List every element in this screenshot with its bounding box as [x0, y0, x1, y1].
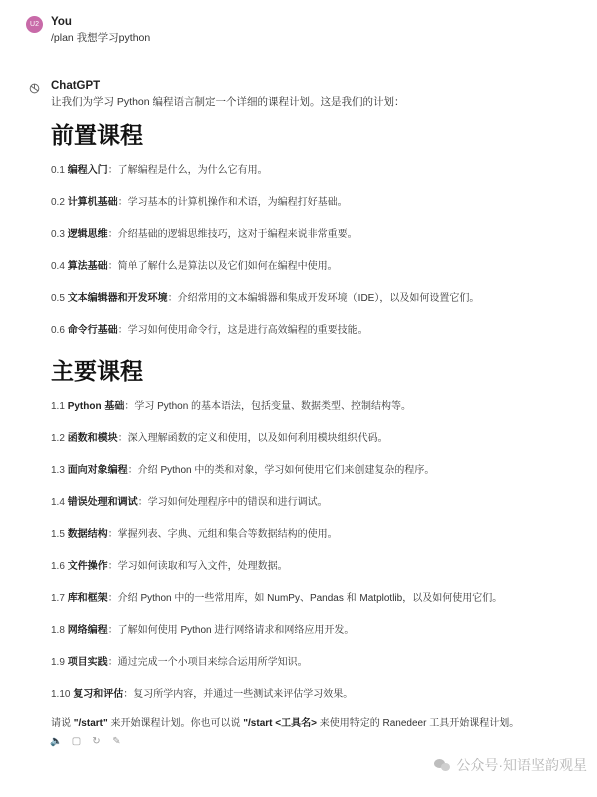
openai-logo-icon	[26, 80, 43, 97]
item-title: 文件操作	[68, 561, 108, 572]
course-item: 0.3 逻辑思维：介绍基础的逻辑思维技巧，这对于编程来说非常重要。	[51, 228, 587, 242]
item-number: 0.1	[51, 165, 65, 176]
item-number: 1.9	[51, 657, 65, 668]
item-description: ：掌握列表、字典、元组和集合等数据结构的使用。	[108, 529, 338, 540]
user-author: You	[51, 14, 587, 30]
item-number: 1.4	[51, 497, 65, 508]
user-avatar: U2	[26, 16, 43, 33]
start-command: "/start"	[74, 718, 108, 729]
assistant-intro: 让我们为学习 Python 编程语言制定一个详细的课程计划。这是我们的计划：	[51, 94, 587, 110]
item-title: Python 基础	[68, 401, 125, 412]
start-tool-command: "/start <工具名>	[243, 718, 317, 729]
item-description: ：介绍基础的逻辑思维技巧，这对于编程来说非常重要。	[108, 229, 358, 240]
section-heading: 主要课程	[51, 356, 587, 386]
course-item: 1.10 复习和评估：复习所学内容，并通过一些测试来评估学习效果。	[51, 688, 587, 702]
item-number: 1.10	[51, 689, 70, 700]
assistant-author: ChatGPT	[51, 78, 587, 94]
item-number: 1.7	[51, 593, 65, 604]
item-description: ：了解如何使用 Python 进行网络请求和网络应用开发。	[108, 625, 355, 636]
item-description: ：学习如何读取和写入文件，处理数据。	[108, 561, 288, 572]
item-description: ：学习如何使用命令行，这是进行高效编程的重要技能。	[118, 325, 368, 336]
item-description: ：介绍常用的文本编辑器和集成开发环境（IDE），以及如何设置它们。	[168, 293, 480, 304]
item-description: ：学习 Python 的基本语法，包括变量、数据类型、控制结构等。	[124, 401, 411, 412]
item-title: 项目实践	[68, 657, 108, 668]
message-actions: 🔈▢↻✎	[51, 736, 587, 747]
course-item: 0.6 命令行基础：学习如何使用命令行，这是进行高效编程的重要技能。	[51, 324, 587, 338]
item-title: 函数和模块	[68, 433, 118, 444]
course-item: 1.8 网络编程：了解如何使用 Python 进行网络请求和网络应用开发。	[51, 624, 587, 638]
course-item: 0.1 编程入门：了解编程是什么，为什么它有用。	[51, 164, 587, 178]
item-title: 计算机基础	[68, 197, 118, 208]
course-item: 1.6 文件操作：学习如何读取和写入文件，处理数据。	[51, 560, 587, 574]
course-item: 1.5 数据结构：掌握列表、字典、元组和集合等数据结构的使用。	[51, 528, 587, 542]
item-number: 0.5	[51, 293, 65, 304]
item-description: ：通过完成一个小项目来综合运用所学知识。	[108, 657, 308, 668]
item-description: ：介绍 Python 中的一些常用库，如 NumPy、Pandas 和 Matp…	[108, 593, 503, 604]
read-aloud-icon[interactable]: 🔈	[51, 736, 62, 747]
course-item: 1.4 错误处理和调试：学习如何处理程序中的错误和进行调试。	[51, 496, 587, 510]
item-title: 算法基础	[68, 261, 108, 272]
item-description: ：学习基本的计算机操作和术语，为编程打好基础。	[118, 197, 348, 208]
copy-icon[interactable]: ▢	[71, 736, 82, 747]
item-number: 1.6	[51, 561, 65, 572]
course-item: 1.2 函数和模块：深入理解函数的定义和使用，以及如何利用模块组织代码。	[51, 432, 587, 446]
item-number: 0.2	[51, 197, 65, 208]
item-title: 编程入门	[68, 165, 108, 176]
course-item: 1.3 面向对象编程：介绍 Python 中的类和对象，学习如何使用它们来创建复…	[51, 464, 587, 478]
item-description: ：介绍 Python 中的类和对象，学习如何使用它们来创建复杂的程序。	[128, 465, 435, 476]
thumbs-down-icon[interactable]: ✎	[111, 736, 122, 747]
item-number: 1.8	[51, 625, 65, 636]
item-title: 错误处理和调试	[68, 497, 138, 508]
item-number: 1.1	[51, 401, 65, 412]
course-item: 1.1 Python 基础：学习 Python 的基本语法，包括变量、数据类型、…	[51, 400, 587, 414]
user-message-text: /plan 我想学习python	[51, 30, 587, 46]
assistant-message: ChatGPT 让我们为学习 Python 编程语言制定一个详细的课程计划。这是…	[26, 78, 587, 747]
course-item: 0.5 文本编辑器和开发环境：介绍常用的文本编辑器和集成开发环境（IDE），以及…	[51, 292, 587, 306]
item-description: ：深入理解函数的定义和使用，以及如何利用模块组织代码。	[118, 433, 388, 444]
item-title: 网络编程	[68, 625, 108, 636]
closing-paragraph: 请说 "/start" 来开始课程计划。你也可以说 "/start <工具名> …	[51, 716, 571, 732]
course-item: 0.2 计算机基础：学习基本的计算机操作和术语，为编程打好基础。	[51, 196, 587, 210]
item-title: 文本编辑器和开发环境	[68, 293, 168, 304]
section-heading: 前置课程	[51, 120, 587, 150]
item-description: ：学习如何处理程序中的错误和进行调试。	[138, 497, 328, 508]
item-title: 复习和评估	[73, 689, 123, 700]
item-title: 命令行基础	[68, 325, 118, 336]
item-number: 1.5	[51, 529, 65, 540]
course-item: 0.4 算法基础：简单了解什么是算法以及它们如何在编程中使用。	[51, 260, 587, 274]
item-number: 0.4	[51, 261, 65, 272]
item-title: 逻辑思维	[68, 229, 108, 240]
user-message: U2 You /plan 我想学习python	[26, 14, 587, 46]
item-description: ：了解编程是什么，为什么它有用。	[108, 165, 268, 176]
item-title: 库和框架	[68, 593, 108, 604]
item-description: ：简单了解什么是算法以及它们如何在编程中使用。	[108, 261, 338, 272]
item-number: 0.6	[51, 325, 65, 336]
item-number: 1.3	[51, 465, 65, 476]
course-item: 1.7 库和框架：介绍 Python 中的一些常用库，如 NumPy、Panda…	[51, 592, 587, 606]
item-number: 0.3	[51, 229, 65, 240]
item-title: 面向对象编程	[68, 465, 128, 476]
wechat-icon	[434, 758, 452, 772]
regenerate-icon[interactable]: ↻	[91, 736, 102, 747]
item-description: ：复习所学内容，并通过一些测试来评估学习效果。	[123, 689, 353, 700]
watermark: 公众号·知语坚韵观星	[434, 755, 587, 775]
item-title: 数据结构	[68, 529, 108, 540]
item-number: 1.2	[51, 433, 65, 444]
course-item: 1.9 项目实践：通过完成一个小项目来综合运用所学知识。	[51, 656, 587, 670]
